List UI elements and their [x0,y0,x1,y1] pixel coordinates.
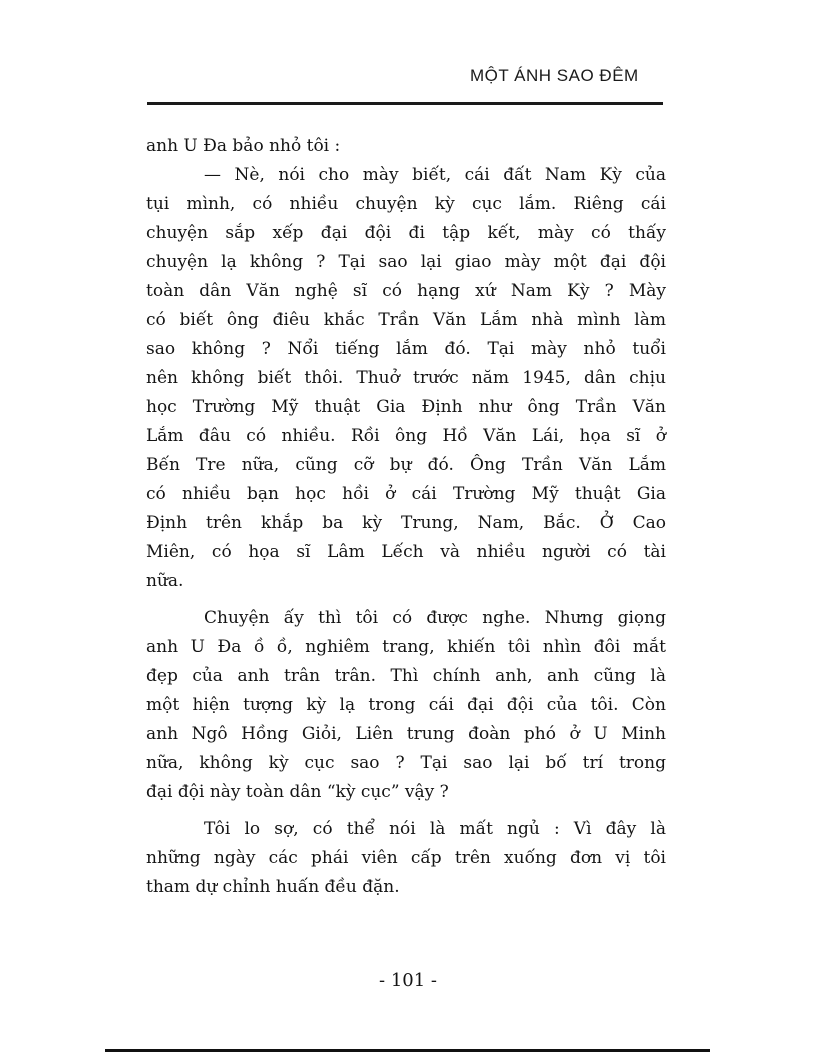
text-line: Chuyện ấy thì tôi có được nghe. Nhưng gi… [146,604,666,633]
running-head-title: MỘT ÁNH SAO ĐÊM [470,66,639,86]
text-line: tham dự chỉnh huấn đều đặn. [146,873,666,902]
paragraph-gap [146,596,666,604]
text-line: nên không biết thôi. Thuở trước năm 1945… [146,364,666,393]
text-line: — Nè, nói cho mày biết, cái đất Nam Kỳ c… [146,161,666,190]
text-line: có nhiều bạn học hồi ở cái Trường Mỹ thu… [146,480,666,509]
text-line: Bến Tre nữa, cũng cỡ bự đó. Ông Trần Văn… [146,451,666,480]
text-line: đẹp của anh trân trân. Thì chính anh, an… [146,662,666,691]
text-line: anh U Đa bảo nhỏ tôi : [146,132,666,161]
text-line: anh U Đa ồ ồ, nghiêm trang, khiến tôi nh… [146,633,666,662]
text-line: đại đội này toàn dân “kỳ cục” vậy ? [146,778,666,807]
text-line: Miên, có họa sĩ Lâm Lếch và nhiều người … [146,538,666,567]
text-line: những ngày các phái viên cấp trên xuống … [146,844,666,873]
text-line: tụi mình, có nhiều chuyện kỳ cục lắm. Ri… [146,190,666,219]
text-line: có biết ông điêu khắc Trần Văn Lắm nhà m… [146,306,666,335]
page-number: - 101 - [0,970,816,991]
paragraph: Chuyện ấy thì tôi có được nghe. Nhưng gi… [146,604,666,807]
text-line: Định trên khắp ba kỳ Trung, Nam, Bắc. Ở … [146,509,666,538]
text-line: Lắm đâu có nhiều. Rồi ông Hồ Văn Lái, họ… [146,422,666,451]
text-line: chuyện sắp xếp đại đội đi tập kết, mày c… [146,219,666,248]
header-rule [147,102,663,105]
text-line: chuyện lạ không ? Tại sao lại giao mày m… [146,248,666,277]
footer-rule [105,1049,710,1052]
paragraph: anh U Đa bảo nhỏ tôi : [146,132,666,161]
text-line: nữa. [146,567,666,596]
text-line: toàn dân Văn nghệ sĩ có hạng xứ Nam Kỳ ?… [146,277,666,306]
text-line: nữa, không kỳ cục sao ? Tại sao lại bố t… [146,749,666,778]
text-line: anh Ngô Hồng Giỏi, Liên trung đoàn phó ở… [146,720,666,749]
page-body: anh U Đa bảo nhỏ tôi : — Nè, nói cho mày… [146,132,666,902]
paragraph: Tôi lo sợ, có thể nói là mất ngủ : Vì đâ… [146,815,666,902]
text-line: sao không ? Nổi tiếng lắm đó. Tại mày nh… [146,335,666,364]
paragraph: — Nè, nói cho mày biết, cái đất Nam Kỳ c… [146,161,666,596]
paragraph-gap [146,807,666,815]
text-line: Tôi lo sợ, có thể nói là mất ngủ : Vì đâ… [146,815,666,844]
text-line: học Trường Mỹ thuật Gia Định như ông Trầ… [146,393,666,422]
text-line: một hiện tượng kỳ lạ trong cái đại đội c… [146,691,666,720]
